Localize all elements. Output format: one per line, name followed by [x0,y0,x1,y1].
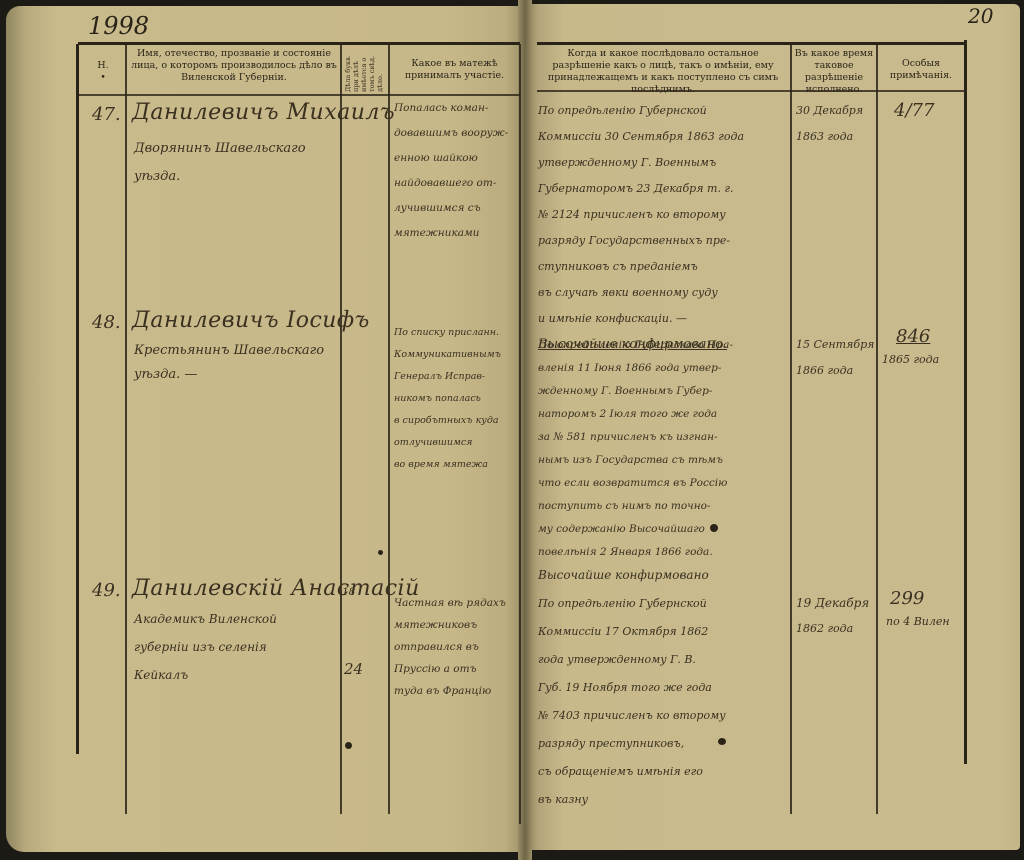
header-top-rule-left [78,42,520,45]
col-line-participation [519,44,521,824]
entry-district: уѣзда. [134,164,180,190]
entry-notes: 299 по 4 Вилен [886,588,950,635]
ink-spot [718,738,726,745]
entry-status: Академикъ Виленской [134,606,277,632]
right-page-number: 20 [968,4,993,28]
entry-name: Данилевичъ Іосифъ [132,308,370,333]
left-page-number: 1998 [88,12,149,40]
entry-village: Кейкалъ [134,662,188,688]
header-case: Дѣла букв. при дѣлѣ имѣется о томъ свѣд.… [344,48,388,92]
entry-participation: Попалась коман- довавшимъ вооруж- енною … [394,96,508,246]
entry-name: Данилевскій Анастасій [132,576,420,601]
header-number: Н.• [82,60,124,84]
entry-number: 47. [92,104,121,125]
col-line-number [125,44,127,814]
entry-participation: По списку присланн. Коммуникативнымъ Ген… [394,322,501,476]
entry-district: губерніи изъ селенія [134,634,267,660]
ink-spot [378,550,383,555]
col-line-outer-left [76,44,79,754]
entry-notes: 4/77 [894,100,934,121]
header-resolution: Когда и какое послѣдовало остальное разр… [537,48,789,96]
entry-resolution: По опредѣленію Губернскаго Пра- вленія 1… [538,334,733,587]
col-line-case [388,44,390,814]
col-line-name [340,44,342,814]
entry-number: 49. [92,580,121,601]
entry-status: Крестьянинъ Шавельскаго [134,338,324,364]
col-line-executed [876,44,878,814]
col-line-resolution [790,44,792,814]
entry-executed: 30 Декабря 1863 года [796,98,863,150]
entry-resolution: По опредѣленію Губернской Коммиссіи 30 С… [538,98,744,358]
entry-name: Данилевичъ Михаилъ [132,100,395,125]
entry-executed: 15 Сентября 1866 года [796,332,874,384]
entry-executed: 19 Декабря 1862 года [796,590,869,642]
entry-status: Дворянинъ Шавельскаго [134,136,306,162]
header-executed: Въ какое время таковое разрѣшеніе исполн… [792,48,876,96]
entry-notes: 846 1865 года [882,326,939,373]
header-name: Имя, отечество, прозваніе и состояніе ли… [128,48,340,84]
entry-resolution: По опредѣленію Губернской Коммиссіи 17 О… [538,590,726,814]
entry-case-ref-top: 18 [342,580,355,605]
entry-case-ref: 24 [344,660,363,678]
ink-spot [710,524,718,532]
entry-district: уѣзда. — [134,362,197,388]
header-notes: Особыя примѣчанія. [878,58,964,82]
entry-number: 48. [92,312,121,333]
ink-spot [345,742,352,749]
header-top-rule-right [537,42,965,45]
header-participation: Какое въ матежѣ принималъ участіе. [391,58,518,82]
entry-participation: Частная вѣ рядахъ мятежниковъ отправился… [394,592,506,702]
col-line-outer-right [964,40,967,764]
